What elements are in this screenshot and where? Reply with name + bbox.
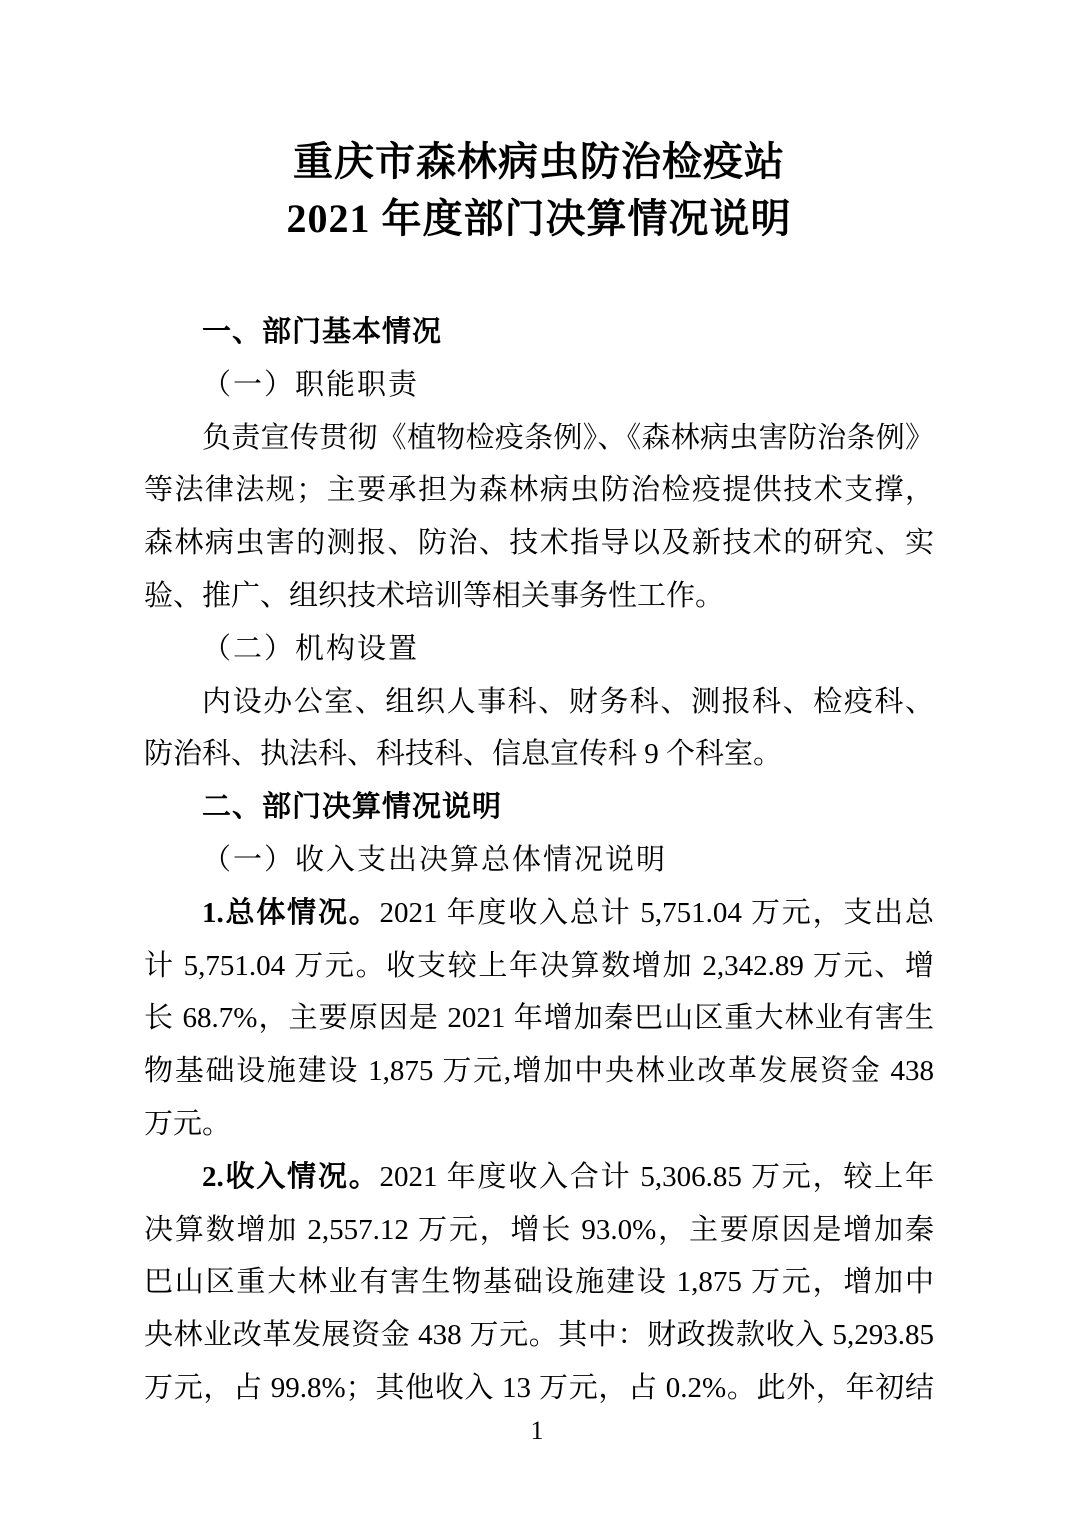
paragraph-4-line-5: 万元，占 99.8%；其他收入 13 万元，占 0.2%。此外，年初结	[144, 1362, 934, 1415]
document-title: 重庆市森林病虫防治检疫站 2021 年度部门决算情况说明	[144, 133, 934, 247]
paragraph-4-line-2: 决算数增加 2,557.12 万元，增长 93.0%，主要原因是增加秦	[144, 1204, 934, 1257]
paragraph-1-line-1: 负责宣传贯彻《植物检疫条例》、《森林病虫害防治条例》	[144, 412, 934, 465]
paragraph-3-line-1: 1.总体情况。2021 年度收入总计 5,751.04 万元，支出总	[144, 887, 934, 940]
paragraph-2-line-2: 防治科、执法科、科技科、信息宣传科 9 个科室。	[144, 728, 934, 781]
paragraph-4-line-1-text: 2021 年度收入合计 5,306.85 万元，较上年	[380, 1161, 934, 1193]
paragraph-3-line-5: 万元。	[144, 1098, 934, 1151]
section-1-heading: 一、部门基本情况	[144, 306, 934, 359]
paragraph-2-line-1: 内设办公室、组织人事科、财务科、测报科、检疫科、	[144, 676, 934, 729]
paragraph-4-bold-lead: 2.收入情况。	[202, 1161, 380, 1193]
document-content: 重庆市森林病虫防治检疫站 2021 年度部门决算情况说明 一、部门基本情况 （一…	[144, 133, 934, 1415]
paragraph-3-line-3: 长 68.7%，主要原因是 2021 年增加秦巴山区重大林业有害生	[144, 992, 934, 1045]
page-number: 1	[0, 1416, 1074, 1446]
paragraph-4-line-4: 央林业改革发展资金 438 万元。其中：财政拨款收入 5,293.85	[144, 1309, 934, 1362]
paragraph-3-line-4: 物基础设施建设 1,875 万元,增加中央林业改革发展资金 438	[144, 1045, 934, 1098]
paragraph-3-line-2: 计 5,751.04 万元。收支较上年决算数增加 2,342.89 万元、增	[144, 940, 934, 993]
section-2-subheading-1: （一）收入支出决算总体情况说明	[144, 834, 934, 887]
section-1-subheading-2: （二）机构设置	[144, 623, 934, 676]
paragraph-4-line-3: 巴山区重大林业有害生物基础设施建设 1,875 万元，增加中	[144, 1256, 934, 1309]
section-2-heading: 二、部门决算情况说明	[144, 781, 934, 834]
document-title-line-1: 重庆市森林病虫防治检疫站	[144, 133, 934, 190]
paragraph-1-line-3: 森林病虫害的测报、防治、技术指导以及新技术的研究、实	[144, 517, 934, 570]
paragraph-3-bold-lead: 1.总体情况。	[202, 897, 380, 929]
document-page: 重庆市森林病虫防治检疫站 2021 年度部门决算情况说明 一、部门基本情况 （一…	[0, 0, 1074, 1520]
paragraph-3-line-1-text: 2021 年度收入总计 5,751.04 万元，支出总	[380, 897, 934, 929]
paragraph-4-line-1: 2.收入情况。2021 年度收入合计 5,306.85 万元，较上年	[144, 1151, 934, 1204]
document-title-line-2: 2021 年度部门决算情况说明	[144, 190, 934, 247]
paragraph-1-line-2: 等法律法规；主要承担为森林病虫防治检疫提供技术支撑，	[144, 464, 934, 517]
paragraph-1-line-4: 验、推广、组织技术培训等相关事务性工作。	[144, 570, 934, 623]
section-1-subheading-1: （一）职能职责	[144, 359, 934, 412]
